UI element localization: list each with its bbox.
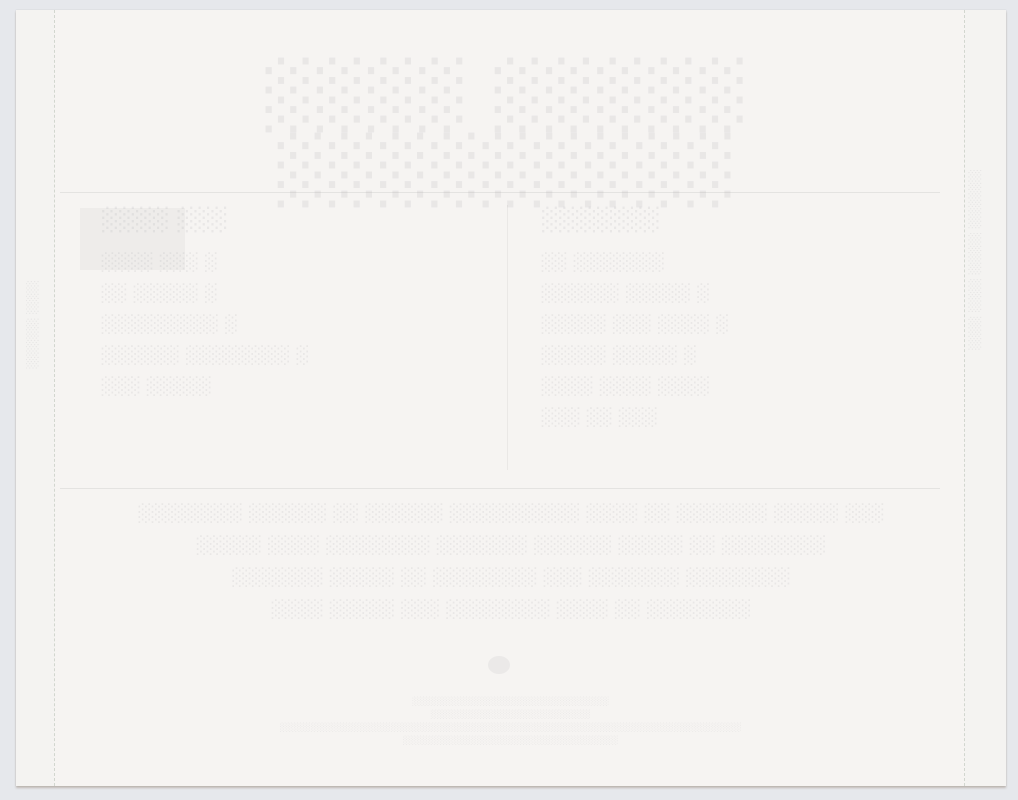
fine-print-line: ░░░░░░░░░░░░░░░░░░░░░░░░░░░░░░░░ <box>90 695 930 708</box>
left-spine-flap <box>16 10 54 786</box>
track-line: ░ ░░░░░░░░░ <box>100 310 500 341</box>
track-line: ░ ░░░░░ ░░░░░░ <box>540 279 940 310</box>
track-line: ░ ░░░░ ░░░ ░░░░░ <box>540 310 940 341</box>
fine-print-line: ░░░░░░░░░░░░░░░░░░░░░░░░░░░░░░░░░░░░░░░░… <box>90 721 930 734</box>
bleed-through-side-right-list: ░░░ ░░░░ ░ ░░░ ░░░░ ░ ░░░░░ ░░ ░ ░░░░░░░… <box>100 205 500 403</box>
track-line: ░ ░░░░░ ░░ <box>100 279 500 310</box>
track-line: ░░░░░░░ ░░ <box>540 248 940 279</box>
right-fold-line <box>964 10 965 786</box>
bleed-through-side-left-list: ░░░░░░░ ░░░░░░░ ░░ ░ ░░░░░ ░░░░░░ ░ ░░░░… <box>540 205 940 434</box>
track-line: ░ ░░░░░░░░ ░░░░░░ <box>100 341 500 372</box>
right-spine-flap <box>965 10 1006 786</box>
bleed-through-credits: ░░░ ░░░░░ ░░░░░░░ ░░ ░░░░ ░░░░░░░░░░ ░░░… <box>90 498 930 626</box>
track-line: ░░░░░ ░░░ <box>100 372 500 403</box>
track-line: ░ ░░░ ░░░░ <box>100 248 500 279</box>
bleed-through-title: ░░░░░ ░░░░ ░░░░░░░░░ <box>60 58 940 208</box>
track-line: ░░░░ ░░░░ ░░░░ <box>540 372 940 403</box>
credit-line: ░░░░░░░░ ░░░░░░░ ░░░ ░░░░░░░░ ░░ ░░░░░ ░… <box>90 562 930 594</box>
fine-print-line: ░░░░░░░░░░░░░░░░░░░░░░░░░░ <box>90 708 930 721</box>
bleed-through-spine-right: ░░░░░░░ ░░░░░ ░░░░ ░░░░ <box>968 170 981 351</box>
bleed-through-fine-print: ░░░░░░░░░░░░░░░░░░░░░░░░░░░░░░░░ ░░░░░░░… <box>90 695 930 747</box>
credit-line: ░░░░░░░░ ░░ ░░░░░ ░░░░░░ ░░░░░░░ ░░░░░░░… <box>90 530 930 562</box>
credit-line: ░░░ ░░░░░ ░░░░░░░ ░░ ░░░░ ░░░░░░░░░░ ░░░… <box>90 498 930 530</box>
track-line: ░░░ ░░ ░░░ <box>540 403 940 434</box>
track-line: ░ ░░░░░ ░░░░░ <box>540 341 940 372</box>
side-heading: ░░░░░░░ <box>540 205 940 236</box>
side-heading: ░░░ ░░░░ <box>100 205 500 236</box>
left-fold-line <box>54 10 55 786</box>
credit-line: ░░░░░░░░ ░░ ░░░░ ░░░░░░░░ ░░░ ░░░░░ ░░░░ <box>90 594 930 626</box>
label-logo-mark <box>488 656 510 674</box>
middle-rule <box>60 488 940 489</box>
column-divider <box>507 205 508 470</box>
fine-print-line: ░░░░░░░░░░░░░░░░░░░░░░░░░░░░░░░░░░░ <box>90 734 930 747</box>
bleed-through-spine-left: ░░░░░░ ░░░░ <box>26 280 39 368</box>
top-rule <box>60 192 940 193</box>
